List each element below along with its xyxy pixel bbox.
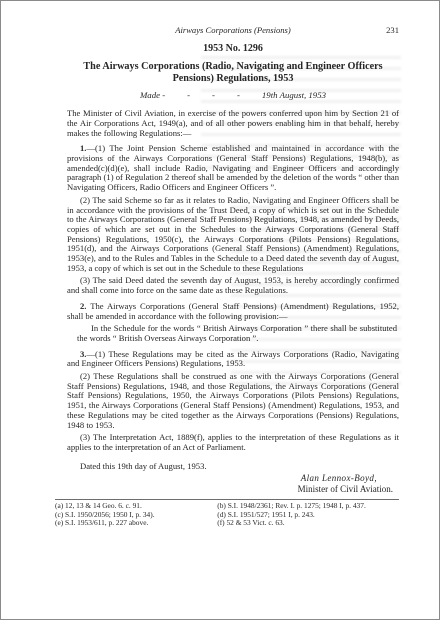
running-header-title: Airways Corporations (Pensions) [175,25,291,35]
paragraph-text: (3) The said Deed dated the seventh day … [67,275,399,295]
running-header: Airways Corporations (Pensions) 231 [67,25,399,35]
paragraph-text: (2) The said Scheme so far as it relates… [67,195,399,273]
paragraph-reg3-1: 3.—(1) These Regulations may be cited as… [67,350,399,369]
signature-role: Minister of Civil Aviation. [67,484,399,495]
paragraph-preamble: The Minister of Civil Aviation, in exerc… [67,109,399,138]
made-date-line: Made - - - - 19th August, 1953 [67,90,399,100]
document-page: Airways Corporations (Pensions) 231 1953… [0,0,440,620]
signature-block: Alan Lennox-Boyd, Minister of Civil Avia… [67,473,399,495]
page-number: 231 [386,25,399,35]
footnote-e: (e) S.I. 1953/611, p. 227 above. [55,519,213,527]
footnote-column-left: (a) 12, 13 & 14 Geo. 6. c. 91. (c) S.I. … [55,502,213,527]
paragraph-reg1-2: (2) The said Scheme so far as it relates… [67,196,399,274]
paragraph-text: (2) These Regulations shall be construed… [67,371,399,430]
paragraph-text: The Airways Corporations (General Staff … [67,301,399,321]
footnote-column-right: (b) S.I. 1948/2361; Rev. I. p. 1275; 194… [217,502,403,527]
paragraph-reg2: 2. The Airways Corporations (General Sta… [67,302,399,321]
paragraph-text: The Minister of Civil Aviation, in exerc… [67,108,399,137]
paragraph-reg1-1: 1.—(1) The Joint Pension Scheme establis… [67,144,399,193]
paragraph-reg2-schedule: In the Schedule for the words “ British … [77,324,397,343]
si-number: 1953 No. 1296 [67,43,399,54]
dated-line: Dated this 19th day of August, 1953. [67,462,399,472]
paragraph-reg3-3: (3) The Interpretation Act, 1889(f), app… [67,433,399,452]
regulation-title: The Airways Corporations (Radio, Navigat… [74,61,392,84]
footnotes: (a) 12, 13 & 14 Geo. 6. c. 91. (c) S.I. … [55,499,399,527]
paragraph-text: In the Schedule for the words “ British … [77,323,397,343]
paragraph-reg3-2: (2) These Regulations shall be construed… [67,372,399,430]
paragraph-text: Dated this 19th day of August, 1953. [80,461,207,471]
paragraph-text: —(1) These Regulations may be cited as t… [67,349,399,369]
paragraph-text: (3) The Interpretation Act, 1889(f), app… [67,432,399,452]
signature-name: Alan Lennox-Boyd, [67,473,399,484]
footnote-f: (f) 52 & 53 Vict. c. 63. [217,519,403,527]
paragraph-text: —(1) The Joint Pension Scheme establishe… [67,143,399,192]
page-content: Airways Corporations (Pensions) 231 1953… [67,25,399,527]
paragraph-reg1-3: (3) The said Deed dated the seventh day … [67,276,399,295]
